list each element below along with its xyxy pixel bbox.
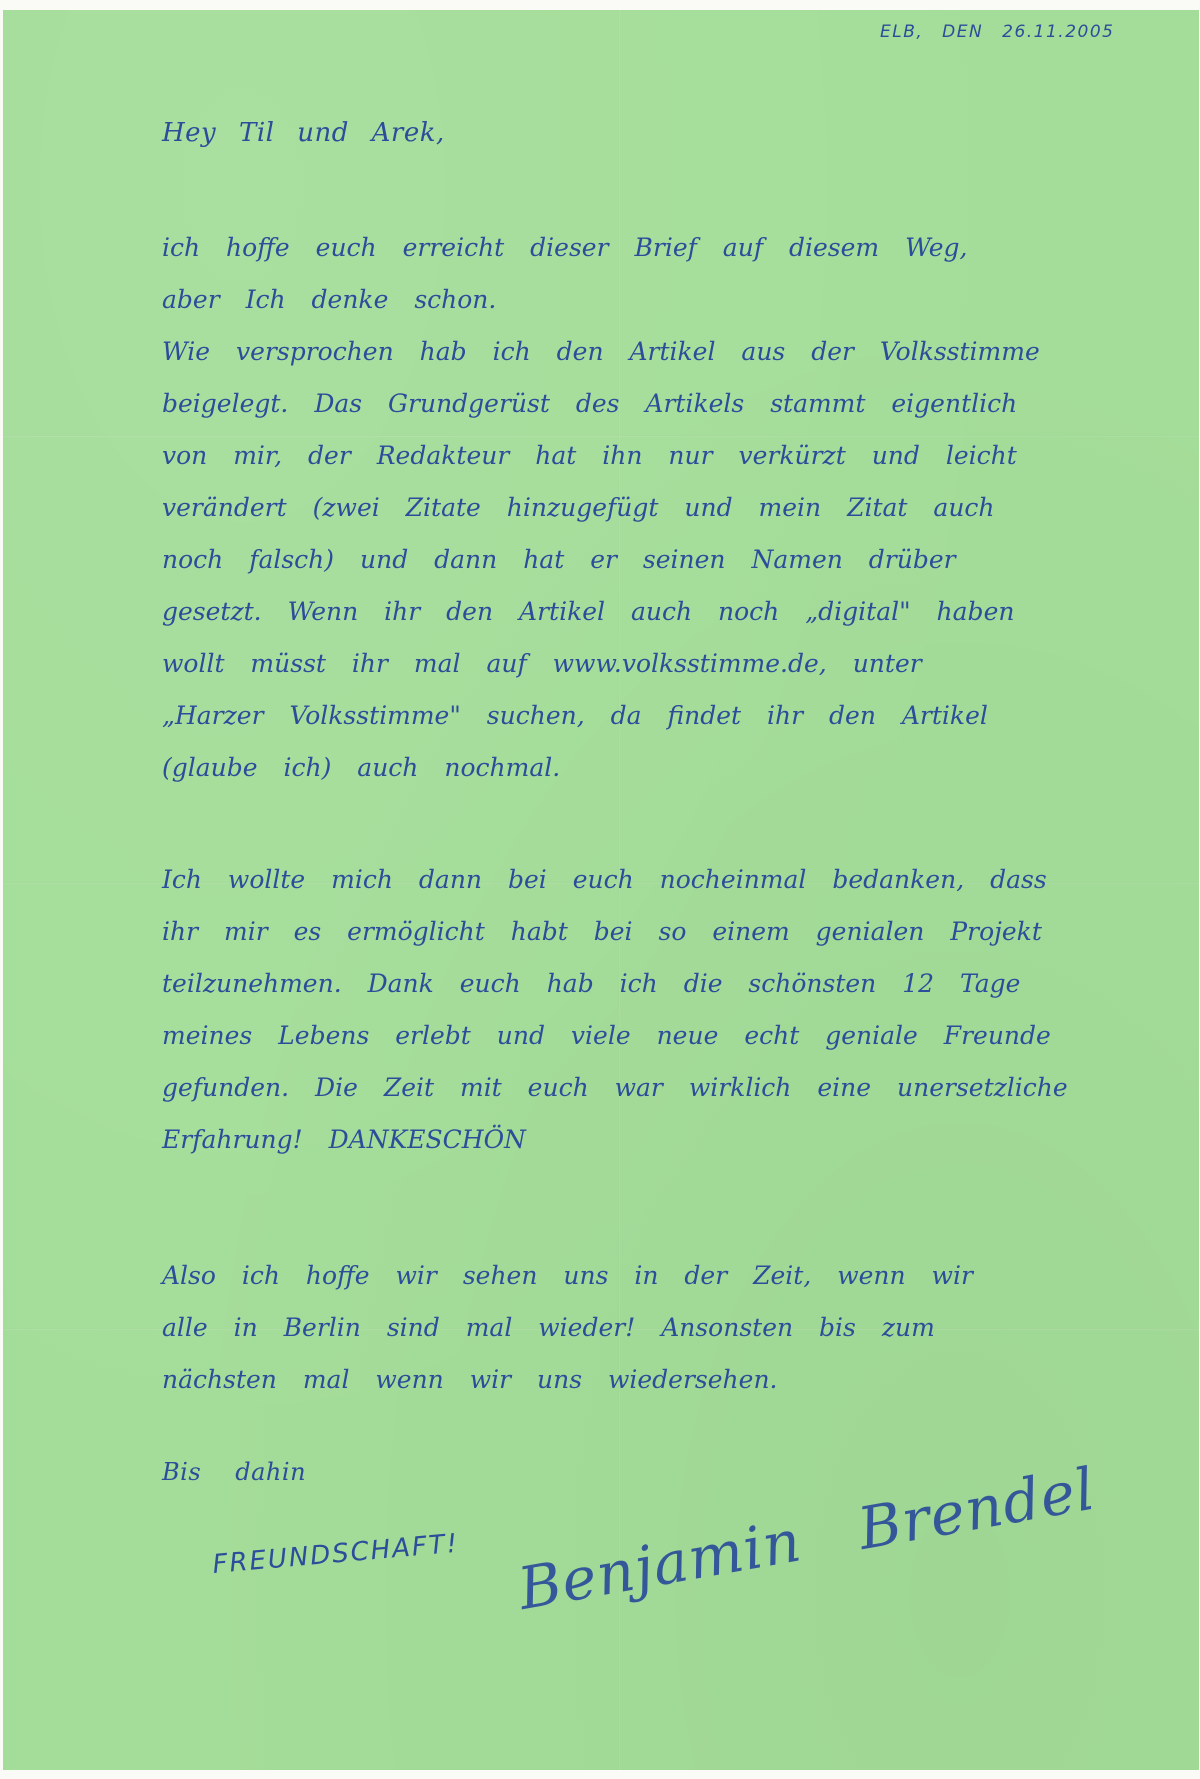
text-line: von mir, der Redakteur hat ihn nur verkü… (162, 430, 1040, 482)
text-line: teilzunehmen. Dank euch hab ich die schö… (162, 958, 1068, 1010)
text-line: Ich wollte mich dann bei euch nocheinmal… (162, 854, 1068, 906)
text-line: alle in Berlin sind mal wieder! Ansonste… (162, 1302, 973, 1354)
text-line: wollt müsst ihr mal auf www.volksstimme.… (162, 638, 1040, 690)
paragraph-3: Also ich hoffe wir sehen uns in der Zeit… (162, 1250, 973, 1406)
greeting: Hey Til und Arek, (162, 118, 445, 148)
text-line: noch falsch) und dann hat er seinen Name… (162, 534, 1040, 586)
text-line: meines Lebens erlebt und viele neue echt… (162, 1010, 1068, 1062)
text-line: „Harzer Volksstimme" suchen, da findet i… (162, 690, 1040, 742)
text-line: nächsten mal wenn wir uns wiedersehen. (162, 1354, 973, 1406)
text-line: verändert (zwei Zitate hinzugefügt und m… (162, 482, 1040, 534)
text-line: Wie versprochen hab ich den Artikel aus … (162, 326, 1040, 378)
text-line: ihr mir es ermöglicht habt bei so einem … (162, 906, 1068, 958)
text-line: Also ich hoffe wir sehen uns in der Zeit… (162, 1250, 973, 1302)
text-line: gefunden. Die Zeit mit euch war wirklich… (162, 1062, 1068, 1114)
text-line: (glaube ich) auch nochmal. (162, 742, 1040, 794)
text-line: ich hoffe euch erreicht dieser Brief auf… (162, 222, 1040, 274)
closing: Bis dahin (162, 1458, 306, 1486)
text-line: beigelegt. Das Grundgerüst des Artikels … (162, 378, 1040, 430)
paragraph-1: ich hoffe euch erreicht dieser Brief auf… (162, 222, 1040, 794)
dateline: ELB, DEN 26.11.2005 (880, 22, 1114, 42)
text-line: aber Ich denke schon. (162, 274, 1040, 326)
text-line: Erfahrung! DANKESCHÖN (162, 1114, 1068, 1166)
text-line: gesetzt. Wenn ihr den Artikel auch noch … (162, 586, 1040, 638)
paragraph-2: Ich wollte mich dann bei euch nocheinmal… (162, 854, 1068, 1166)
